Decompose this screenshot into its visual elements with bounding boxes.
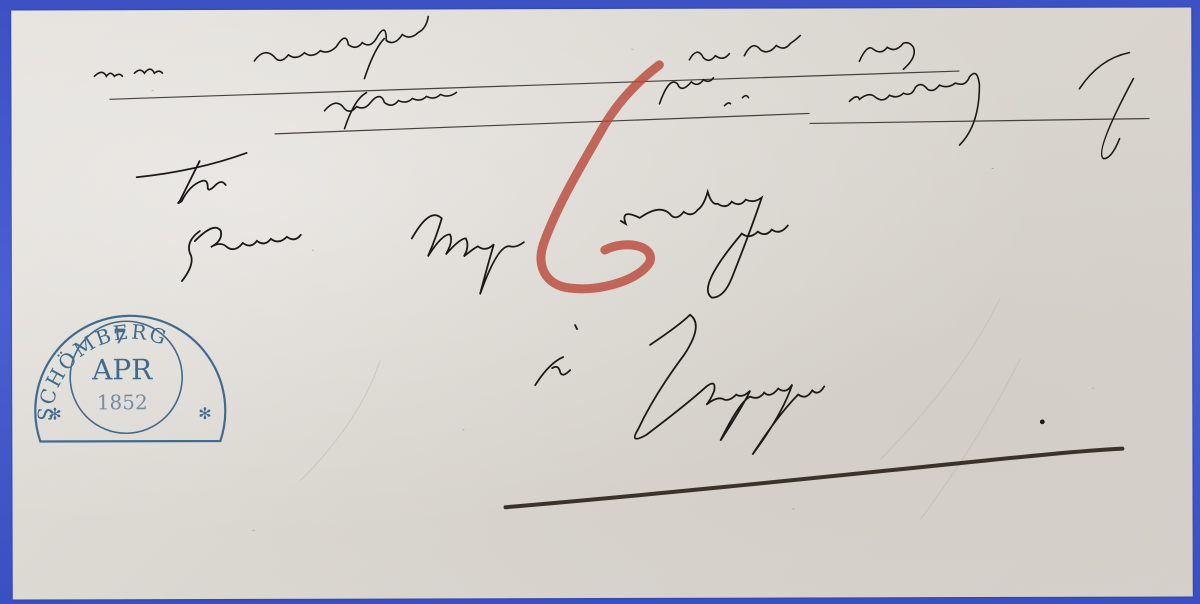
address-underline bbox=[505, 449, 1122, 508]
handwriting-layer: 7 APR 1852 SCHÖMBERG ✻ ✻ bbox=[11, 7, 1193, 599]
postmark-month: APR bbox=[91, 353, 153, 386]
ruled-line-1 bbox=[109, 71, 959, 99]
postmark-year: 1852 bbox=[97, 390, 148, 414]
ruled-line-3 bbox=[810, 119, 1150, 124]
rate-marking-6 bbox=[541, 65, 660, 289]
letter-paper: 7 APR 1852 SCHÖMBERG ✻ ✻ bbox=[11, 7, 1193, 599]
postmark-fleuron-left: ✻ bbox=[48, 404, 61, 423]
ruled-line-2 bbox=[275, 113, 810, 133]
sender-line-2 bbox=[324, 53, 1133, 161]
sender-line-1 bbox=[94, 15, 914, 79]
recipient-name bbox=[182, 192, 788, 300]
postmark-fleuron-right: ✻ bbox=[198, 404, 211, 423]
salutation-an bbox=[137, 153, 247, 203]
postmark: 7 APR 1852 SCHÖMBERG ✻ ✻ bbox=[33, 316, 226, 442]
destination bbox=[535, 314, 1044, 455]
